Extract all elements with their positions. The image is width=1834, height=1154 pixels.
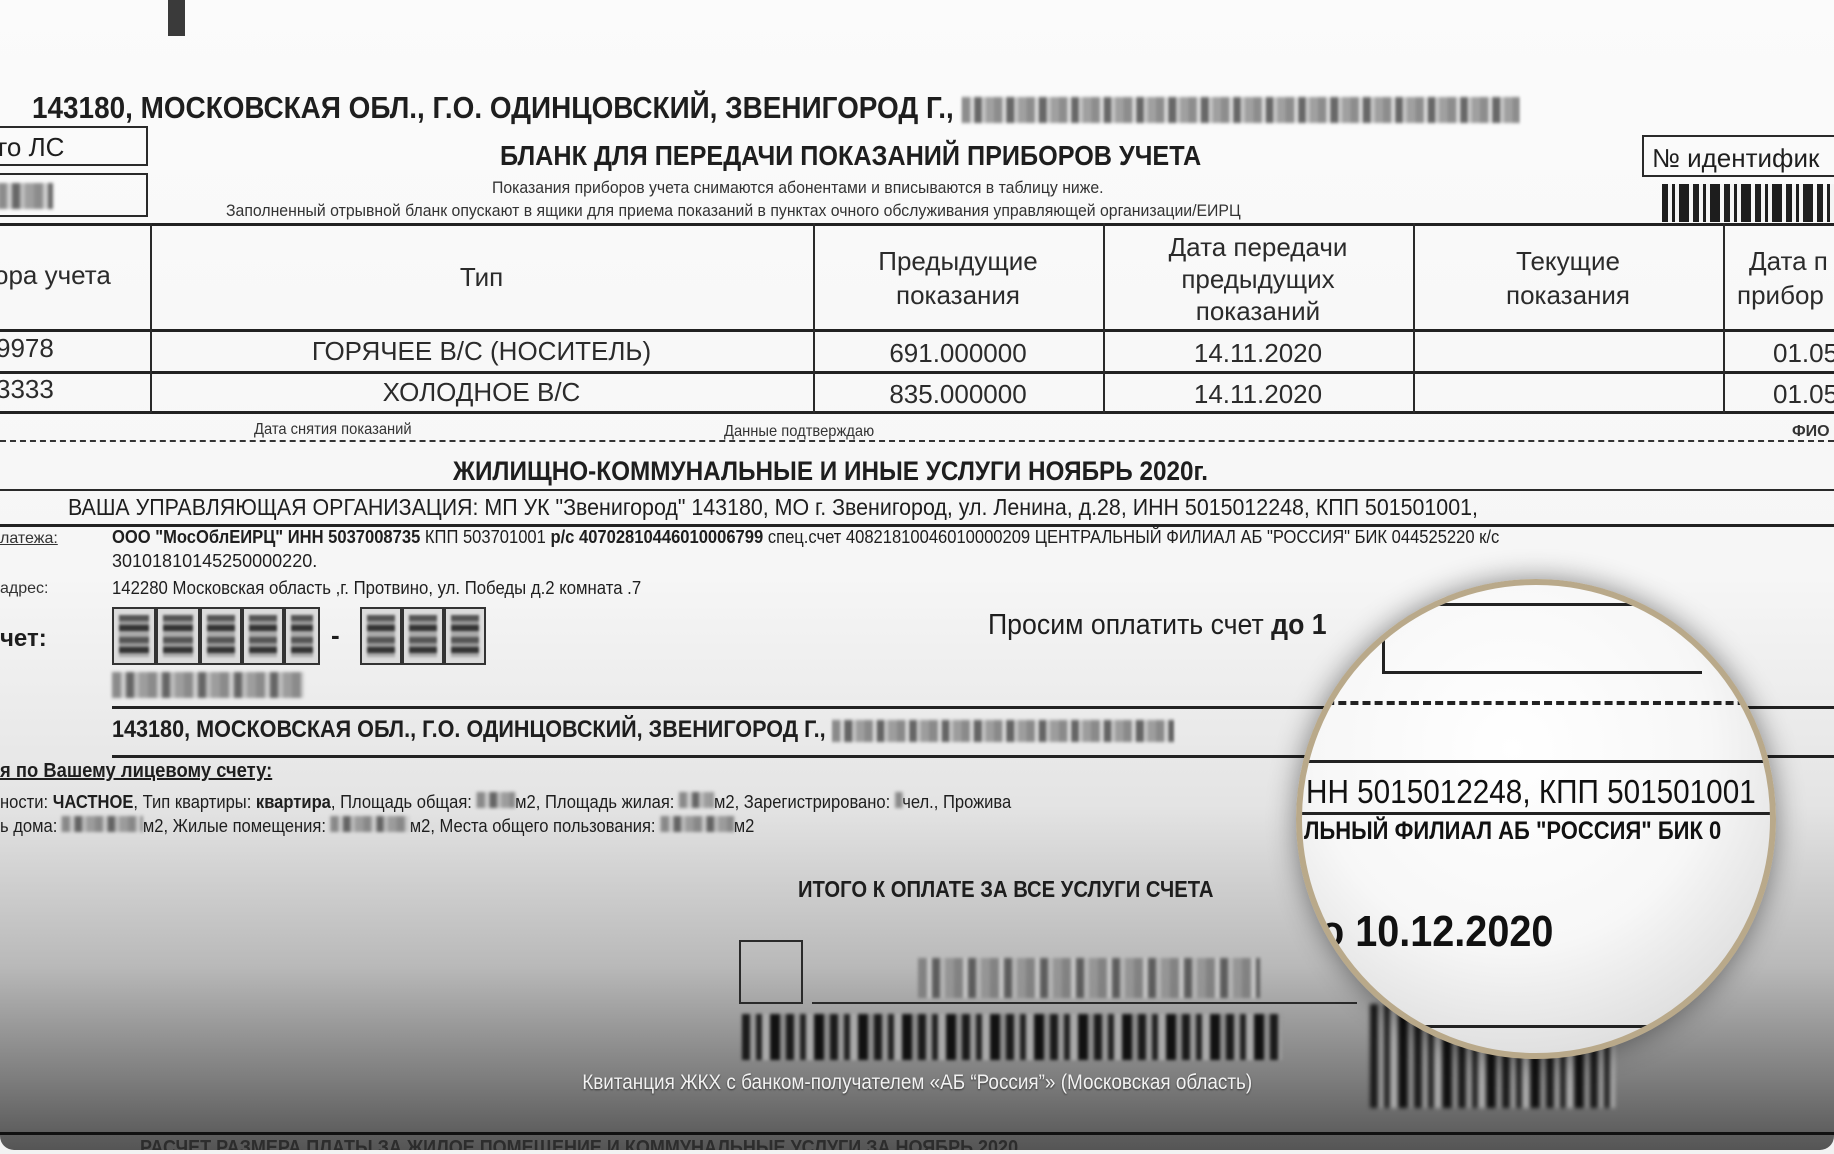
header-prev-date: Дата передачипредыдущихпоказаний [1103,232,1413,326]
identifier-box: № идентифик [1642,135,1834,177]
identifier-label: № идентифик [1652,143,1819,174]
meter-number: 9978 [0,333,54,363]
previous-date: 14.11.2020 [1103,338,1413,368]
magnified-inn-kpp: НН 5015012248, КПП 501501001 [1306,773,1776,811]
address-line: 143180, МОСКОВСКАЯ ОБЛ., Г.О. ОДИНЦОВСКИ… [32,90,1685,126]
confirm-label: Данные подтверждаю [724,423,887,441]
payment-checkbox[interactable] [739,940,803,1004]
image-caption: Квитанция ЖКХ с банком-получателем «АБ “… [0,1071,1834,1095]
previous-date: 14.11.2020 [1103,379,1413,409]
check-date: 01.05 [1773,379,1834,409]
instruction-2: Заполненный отрывной бланк опускают в ящ… [226,201,1317,221]
ls-label: го ЛС [0,132,64,163]
header-type: Тип [150,262,813,292]
property-details: ности: ЧАСТНОЕ, Тип квартиры: квартира, … [0,792,1099,813]
payee-label: латежа: [0,530,58,548]
magnified-bank: ЛЬНЫЙ ФИЛИАЛ АБ "РОССИЯ" БИК 0 [1304,817,1776,846]
binder-mark [168,0,185,36]
receipt-photo: 143180, МОСКОВСКАЯ ОБЛ., Г.О. ОДИНЦОВСКИ… [0,0,1834,1150]
payment-barcode [742,1014,1282,1060]
previous-reading: 835.000000 [813,379,1103,409]
fio-label: ФИО [1792,423,1830,441]
pay-request: Просим оплатить счет до 1 [988,609,1356,642]
identifier-barcode [1662,184,1834,222]
check-date: 01.05 [1773,338,1834,368]
account-label: чет: [0,625,47,653]
total-amount-redacted [918,958,1260,998]
payee-details: ООО "МосОблЕИРЦ" ИНН 5037008735 КПП 5037… [112,527,1620,548]
bottom-cut-text: РАСЧЕТ РАЗМЕРА ПЛАТЫ ЗА ЖИЛОЕ ПОМЕЩЕНИЕ … [140,1137,1116,1150]
instruction-1: Показания приборов учета снимаются абоне… [492,178,1150,198]
address-label: адрес: [0,580,48,598]
meter-type: ХОЛОДНОЕ В/С [150,377,813,407]
account-info-heading: я по Вашему лицевому счету: [0,760,296,783]
address-line-2: 143180, МОСКОВСКАЯ ОБЛ., Г.О. ОДИНЦОВСКИ… [112,716,1292,744]
management-org: ВАША УПРАВЛЯЮЩАЯ ОРГАНИЗАЦИЯ: МП УК "Зве… [68,494,1584,521]
magnifier-lens: НН 5015012248, КПП 501501001 ЛЬНЫЙ ФИЛИА… [1296,579,1776,1059]
ls-value-redacted [0,183,53,209]
magnified-due-date: о 10.12.2020 [1320,907,1579,957]
ls-label-box: го ЛС [0,126,148,166]
header-current: Текущиепоказания [1413,246,1723,310]
reading-date-label: Дата снятия показаний [254,421,425,439]
tear-line [0,440,1834,442]
form-title: БЛАНК ДЛЯ ПЕРЕДАЧИ ПОКАЗАНИЙ ПРИБОРОВ УЧ… [500,140,1279,172]
previous-reading: 691.000000 [813,338,1103,368]
header-meter-no: ора учета [0,260,144,290]
house-area-details: ь дома: м2, Жилые помещения: м2, Места о… [0,816,820,837]
header-check-date: Дата пприбор [1723,246,1834,310]
ls-value-box [0,173,148,217]
payee-corr-account: 30101810145250000220. [112,551,317,572]
address-value: 142280 Московская область ,г. Протвино, … [112,578,681,599]
total-label: ИТОГО К ОПЛАТЕ ЗА ВСЕ УСЛУГИ СЧЕТА [798,876,1270,903]
header-previous: Предыдущиепоказания [813,246,1103,310]
meter-number: 3333 [0,374,54,404]
invoice-heading: ЖИЛИЩНО-КОММУНАЛЬНЫЕ И ИНЫЕ УСЛУГИ НОЯБР… [453,456,1292,487]
owner-name-redacted [112,672,304,698]
meter-type: ГОРЯЧЕЕ В/С (НОСИТЕЛЬ) [150,336,813,366]
